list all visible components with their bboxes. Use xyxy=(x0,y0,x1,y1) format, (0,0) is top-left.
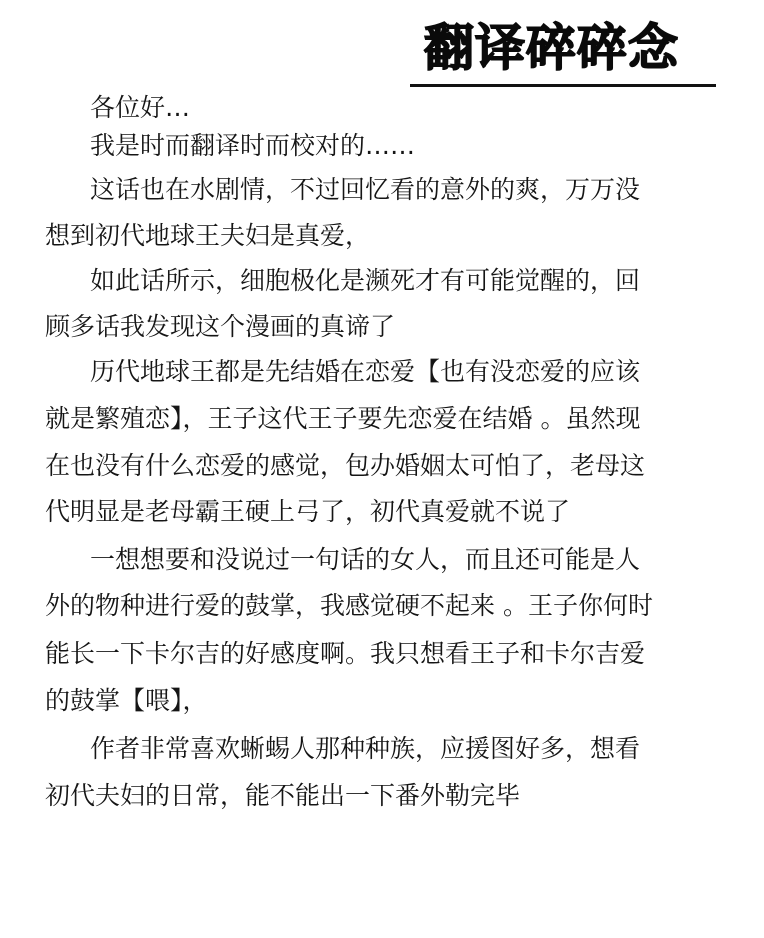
text-line: 一想想要和没说过一句话的女人，而且还可能是人 xyxy=(90,536,640,583)
text-line: 我是时而翻译时而校对的…… xyxy=(90,122,415,169)
text-line: 代明显是老母霸王硬上弓了，初代真爱就不说了 xyxy=(45,488,570,535)
text-line: 这话也在水剧情，不过回忆看的意外的爽，万万没 xyxy=(90,166,640,213)
text-line: 初代夫妇的日常，能不能出一下番外勒完毕 xyxy=(45,772,520,819)
text-line: 作者非常喜欢蜥蜴人那种种族，应援图好多，想看 xyxy=(90,725,640,772)
text-line: 想到初代地球王夫妇是真爱， xyxy=(45,212,370,259)
text-line: 就是繁殖恋】，王子这代王子要先恋爱在结婚 。虽然现 xyxy=(45,395,640,442)
title-underline xyxy=(410,84,716,87)
page-title: 翻译碎碎念 xyxy=(424,18,679,78)
text-line: 如此话所示，细胞极化是濒死才有可能觉醒的，回 xyxy=(90,257,640,304)
text-line: 在也没有什么恋爱的感觉，包办婚姻太可怕了，老母这 xyxy=(45,442,645,489)
text-line: 的鼓掌【喂】， xyxy=(45,677,208,724)
text-line: 顾多话我发现这个漫画的真谛了 xyxy=(45,303,395,350)
text-line: 历代地球王都是先结婚在恋爱【也有没恋爱的应该 xyxy=(90,348,640,395)
text-line: 能长一下卡尔吉的好感度啊。我只想看王子和卡尔吉爱 xyxy=(45,630,645,677)
text-line: 外的物种进行爱的鼓掌，我感觉硬不起来 。王子你何时 xyxy=(45,582,653,629)
